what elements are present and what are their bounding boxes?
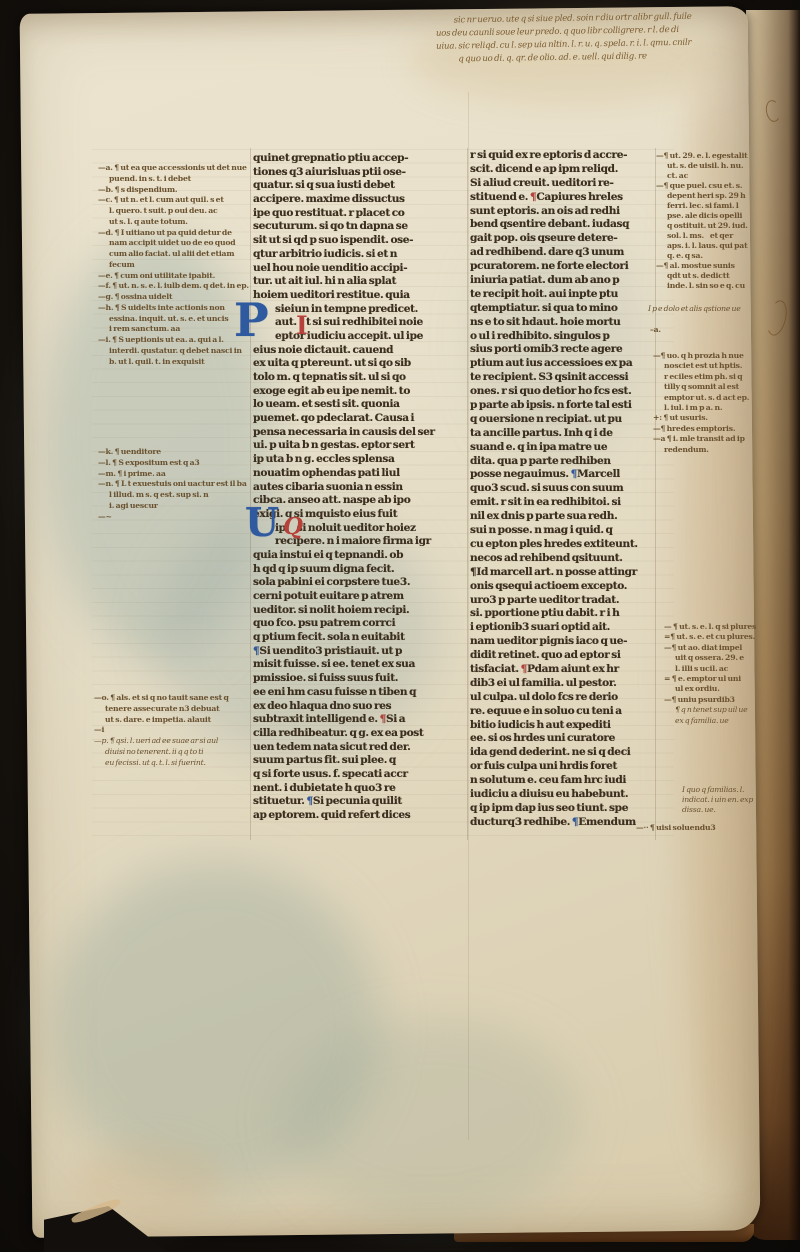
- gloss-line: —p. ¶ qsi. l. ueri ad ee suae ar si aul: [94, 736, 262, 747]
- text-line: sola pabini ei corpstere tue3.: [253, 576, 469, 590]
- gloss-line: —¶ ut ao. diat impel: [664, 643, 786, 653]
- left-margin-gloss-lower: —o. ¶ als. et si q no tauit sane est qte…: [94, 693, 262, 768]
- right-margin-footer-gloss: —·· ¶ uisi soluendu3: [636, 823, 776, 832]
- text-line: ad redhibend. dare q3 unum: [470, 246, 658, 260]
- gloss-line: eu fecissi. ut q. t. l. si fuerint.: [94, 758, 262, 769]
- text-line: pcuratorem. ne forte electori: [470, 260, 658, 274]
- adjacent-page-writing-mark: [764, 99, 782, 123]
- annotation-line: indicat. i uin en. exp: [682, 795, 790, 805]
- text-line: quo3 scud. si suus con suum: [470, 482, 658, 496]
- text-line: sieiun in tempne predicet.: [253, 303, 469, 317]
- left-margin-gloss-upper: —a. ¶ ut ea que accessionis ut det nuepu…: [98, 163, 260, 367]
- gloss-line: —a. ¶ ut ea que accessionis ut det nue: [98, 163, 260, 174]
- text-line: si. pportione ptiu dabit. r i h: [470, 607, 658, 621]
- gloss-line: pse. ale dicis opelli: [656, 211, 780, 221]
- gloss-line: — ¶ ut. s. e. l. q si plures: [664, 622, 786, 632]
- gloss-line: ul ex ordiu.: [664, 684, 786, 694]
- text-line: uel hou noie uenditio accipi-: [253, 262, 469, 276]
- text-line: onis qsequi actioem excepto.: [470, 580, 658, 594]
- text-line: iudiciu a diuisu eu habebunt.: [470, 788, 658, 802]
- text-line: autes cibaria suonia n essin: [253, 481, 469, 495]
- main-text-column-2: r si quid ex re eptoris d accre-scit. di…: [470, 149, 658, 830]
- text-line: pmissioe. si fuiss suus fuit.: [253, 672, 469, 686]
- right-margin-tie-mark: –a.: [650, 325, 680, 334]
- text-line: ap eptorem. quid refert dices: [253, 809, 469, 823]
- gloss-line: ut s. l. q aute totum.: [98, 217, 260, 228]
- annotation-line: I quo q familias. l.: [682, 785, 790, 795]
- gloss-line: —i: [94, 725, 262, 736]
- gloss-line: aps. i. l. laus. qui pat: [656, 241, 780, 251]
- text-line: secuturum. si qo tn dapna se: [253, 220, 469, 234]
- text-line: exoge egit ab eu ipe nemit. to: [253, 385, 469, 399]
- text-line: re. equue e in soluo cu teni a: [470, 705, 658, 719]
- gloss-line: r eciles etim ph. si q: [653, 372, 781, 382]
- text-line: i eptionib3 suari optid ait.: [470, 621, 658, 635]
- text-line: ns e to sit hdaut. hoie mortu: [470, 316, 658, 330]
- gloss-line: l. quero. t suit. p oui deu. ac: [98, 206, 260, 217]
- gloss-line: l. illi s ucil. ac: [664, 664, 786, 674]
- text-line: emit. r sit in ea redhibitoi. si: [470, 496, 658, 510]
- text-line: ui. p uita b n gestas. eptor sert: [253, 439, 469, 453]
- gloss-line: interdi. qustatur. q debet nasci in: [98, 346, 260, 357]
- text-line: dita. qua p parte redhiben: [470, 455, 658, 469]
- text-line: h qd q ip suum digna fecit.: [253, 563, 469, 577]
- gloss-line: =¶ ut. s. e. et cu plures.: [664, 632, 786, 642]
- gloss-line: —l. ¶ S expositum est q a3: [98, 458, 260, 469]
- gloss-line: puend. in s. t. i debet: [98, 174, 260, 185]
- gloss-line: —¶ que puel. csu et. s.: [656, 181, 780, 191]
- text-line: te recipit hoit. aui inpte ptu: [470, 288, 658, 302]
- text-line: dib3 ei ul familia. ul pestor.: [470, 677, 658, 691]
- text-line: r si quid ex re eptoris d accre-: [470, 149, 658, 163]
- text-line: sui n posse. n mag i quid. q: [470, 524, 658, 538]
- text-line: bend qsentire debant. iudasq: [470, 218, 658, 232]
- gloss-line: —b. ¶ s dispendium.: [98, 185, 260, 196]
- gloss-line: —¶ uniu psurdib3: [664, 695, 786, 705]
- gloss-line: diuisi no tenerent. ii q q to ti: [94, 747, 262, 758]
- gloss-line: —n. ¶ L t exuestuis oni uactur est il ba: [98, 479, 260, 490]
- text-line: n solutum e. ceu fam hrc iudi: [470, 774, 658, 788]
- gloss-line: q. e. q sa.: [656, 251, 780, 261]
- gloss-line: redendum.: [653, 445, 781, 455]
- text-line: tur. ut ait iul. hi n alia splat: [253, 275, 469, 289]
- text-line: sit ut si qd p suo ispendit. ose-: [253, 234, 469, 248]
- text-line: uro3 p parte ueditor tradat.: [470, 594, 658, 608]
- gloss-line: ferri. lec. si fami. l: [656, 201, 780, 211]
- text-line: tolo m. q tepnatis sit. ul si qo: [253, 371, 469, 385]
- gloss-line: inde. l. sin so e q. cu: [656, 281, 780, 291]
- text-line: ta ancille partus. Inh q i de: [470, 427, 658, 441]
- text-line: ida gend dederint. ne si q deci: [470, 746, 658, 760]
- gloss-line: essina. inquit. ut. s. e. et uncis: [98, 314, 260, 325]
- text-line: posse negauimus. ¶Marcell: [470, 468, 658, 482]
- left-margin-gloss-middle: —k. ¶ uenditore—l. ¶ S expositum est q a…: [98, 447, 260, 522]
- text-line: ee. si os hrdes uni curatore: [470, 732, 658, 746]
- text-line: ueditor. si nolit hoiem recipi.: [253, 604, 469, 618]
- text-line: q ptium fecit. sola n euitabit: [253, 631, 469, 645]
- text-line: q ip ipm dap ius seo tiunt. spe: [470, 802, 658, 816]
- gloss-line: ct. ac: [656, 171, 780, 181]
- text-line: scit. dicend e ap ipm reliqd.: [470, 163, 658, 177]
- text-line: sius porti omib3 recte agere: [470, 343, 658, 357]
- text-line: ptium aut ius accessioes ex pa: [470, 357, 658, 371]
- gloss-line: fecum: [98, 260, 260, 271]
- gloss-line: l. iul. i m p a. n.: [653, 403, 781, 413]
- gloss-line: ex q familia. ue: [664, 716, 786, 726]
- gloss-line: —c. ¶ ut n. et l. cum aut quil. s et: [98, 195, 260, 206]
- text-line: cilla redhibeatur. q g. ex ea post: [253, 727, 469, 741]
- stain: [280, 1018, 582, 1221]
- text-line: accipere. maxime dissuctus: [253, 193, 469, 207]
- gloss-line: ¶ q n tenet sup uil ue: [664, 705, 786, 715]
- gloss-line: —o. ¶ als. et si q no tauit sane est q: [94, 693, 262, 704]
- gloss-line: emptor ut. s. d act ep.: [653, 393, 781, 403]
- gloss-line: —d. ¶ I uitiano ut pa quid detur de: [98, 228, 260, 239]
- gloss-line: —¶ ut. 29. e. l. egestalit: [656, 151, 780, 161]
- gloss-line: sol. l. ms. et qer: [656, 231, 780, 241]
- text-line: quo fco. psu patrem corrci: [253, 617, 469, 631]
- text-line: suum partus fit. sui plee. q: [253, 754, 469, 768]
- gloss-line: —a ¶ i. mle transit ad ip: [653, 434, 781, 444]
- text-line: ipe quo restituat. r placet co: [253, 207, 469, 221]
- stain: [49, 860, 382, 1193]
- text-line: ¶Si uendito3 pristiauit. ut p: [253, 645, 469, 659]
- text-line: ones. r si quo detior ho fcs est.: [470, 385, 658, 399]
- text-line: ¶Id marcell art. n posse attingr: [470, 566, 658, 580]
- gloss-line: —i. ¶ S ueptionis ut ea. a. qui a l.: [98, 335, 260, 346]
- text-line: q si forte usus. f. specati accr: [253, 768, 469, 782]
- text-line: ducturq3 redhibe. ¶Emendum: [470, 816, 658, 830]
- text-line: eptor iudiciu accepit. ul ipe: [253, 330, 469, 344]
- gloss-line: —f. ¶ ut. n. s. e. l. iulb dem. q det. i…: [98, 281, 260, 292]
- text-line: quinet grepnatio ptiu accep-: [253, 152, 469, 166]
- right-margin-gloss-middle: —¶ uo. q h prozia h nuenosciet est ut hp…: [653, 351, 781, 455]
- text-line: cerni potuit euitare p atrem: [253, 590, 469, 604]
- text-line: cu epton ples hredes extiteunt.: [470, 538, 658, 552]
- gloss-line: cum alio faciat. ul alii det etiam: [98, 249, 260, 260]
- gloss-line: —g. ¶ ossina uidelt: [98, 292, 260, 303]
- text-line: misit fuisse. si ee. tenet ex sua: [253, 658, 469, 672]
- text-line: Si aliud creuit. ueditori re-: [470, 177, 658, 191]
- manuscript-photo: sic nr ueruo. ute q si siue pled. soin r…: [0, 0, 800, 1252]
- gloss-line: —¶ uo. q h prozia h nue: [653, 351, 781, 361]
- text-line: didit retinet. quo ad eptor si: [470, 649, 658, 663]
- text-line: ul culpa. ul dolo fcs re derio: [470, 691, 658, 705]
- gloss-line: —k. ¶ uenditore: [98, 447, 260, 458]
- gloss-line: i. agi uescur: [98, 501, 260, 512]
- text-line: uen tedem nata sicut red der.: [253, 741, 469, 755]
- text-line: puemet. qo pdeclarat. Causa i: [253, 412, 469, 426]
- text-line: sunt eptoris. an ois ad redhi: [470, 205, 658, 219]
- gloss-line: nam accipit uidet uo de eo quod: [98, 238, 260, 249]
- gloss-line: tenere assecurate n3 debuat: [94, 704, 262, 715]
- text-line: gait pop. ois qseure detere-: [470, 232, 658, 246]
- text-line: nam ueditor pignis iaco q ue-: [470, 635, 658, 649]
- text-line: nil ex dnis p parte sua redh.: [470, 510, 658, 524]
- text-line: tisfaciat. ¶Pdam aiunt ex hr: [470, 663, 658, 677]
- right-margin-cursive-note-bottom: I quo q familias. l.indicat. i uin en. e…: [682, 785, 790, 815]
- text-line: hoiem ueditori restitue. quia: [253, 289, 469, 303]
- text-line: tiones q3 aiurisluas ptii ose-: [253, 166, 469, 180]
- right-margin-cursive-note: I p e dolo et alis qstione ue: [648, 304, 788, 313]
- gloss-line: nosciet est ut hptis.: [653, 361, 781, 371]
- text-line: q ouersione n recipiat. ut pu: [470, 413, 658, 427]
- text-line: lo ueam. et sesti sit. quonia: [253, 398, 469, 412]
- gloss-line: = ¶ e. emptor ul uni: [664, 674, 786, 684]
- gloss-line: —¶ al. mostue sunis: [656, 261, 780, 271]
- text-line: or fuis culpa uni hrdis foret: [470, 760, 658, 774]
- text-line: cibca. anseo att. naspe ab ipo: [253, 494, 469, 508]
- text-line: necos ad rehibend qsituunt.: [470, 552, 658, 566]
- right-margin-gloss-upper: —¶ ut. 29. e. l. egestalitut. s. de uisi…: [656, 151, 780, 291]
- gloss-line: ut. s. de uisil. h. nu.: [656, 161, 780, 171]
- text-line: qtur arbitrio iudicis. si et n: [253, 248, 469, 262]
- text-line: nouatim ophendas pati liul: [253, 467, 469, 481]
- text-line: o ul i redhibito. singulos p: [470, 330, 658, 344]
- gloss-line: q ostituit. ut 29. iud.: [656, 221, 780, 231]
- gloss-line: —¶ hredes emptoris.: [653, 424, 781, 434]
- top-marginal-annotation: sic nr ueruo. ute q si siue pled. soin r…: [436, 9, 789, 66]
- gloss-line: —~: [98, 512, 260, 523]
- text-line: iniuria patiat. dum ab ano p: [470, 274, 658, 288]
- right-margin-gloss-lower: — ¶ ut. s. e. l. q si plures=¶ ut. s. e.…: [664, 622, 786, 726]
- text-line: quia instui ei q tepnandi. ob: [253, 549, 469, 563]
- text-line: eius noie dictauit. cauend: [253, 344, 469, 358]
- gloss-line: qdt ut s. dedictt: [656, 271, 780, 281]
- gloss-line: uit q ossera. 29. e: [664, 653, 786, 663]
- annotation-line: dissa. ue.: [682, 805, 790, 815]
- gloss-line: depent heri sp. 29 h: [656, 191, 780, 201]
- gloss-line: —e. ¶ cum oni utilitate ipabit.: [98, 271, 260, 282]
- text-line: stituetur. ¶Si pecunia quilit: [253, 795, 469, 809]
- gloss-line: —m. ¶ i prime. aa: [98, 469, 260, 480]
- text-line: p parte ab ipsis. n forte tal esti: [470, 399, 658, 413]
- rubric-initial-q: Q: [283, 515, 303, 538]
- text-line: ee eni hm casu fuisse n tiben q: [253, 686, 469, 700]
- text-line: bitio iudicis h aut expediti: [470, 719, 658, 733]
- gloss-line: ut s. dare. e impetia. alauit: [94, 715, 262, 726]
- text-line: quatur. si q sua iusti debet: [253, 179, 469, 193]
- text-line: ex deo hlaqua dno suo res: [253, 700, 469, 714]
- gloss-line: —h. ¶ S uidelts inte actionis non: [98, 303, 260, 314]
- text-line: ex uita q ptereunt. ut si qo sib: [253, 357, 469, 371]
- text-line: ip uta b n g. eccles splensa: [253, 453, 469, 467]
- text-line: pensa necessaria in causis del ser: [253, 426, 469, 440]
- gloss-line: l illud. m s. q est. sup si. n: [98, 490, 260, 501]
- text-line: subtraxit intelligend e. ¶Si a: [253, 713, 469, 727]
- text-line: qtemptiatur. si qua to mino: [470, 302, 658, 316]
- text-line: suand e. q in ipa matre ue: [470, 441, 658, 455]
- gloss-line: i rem sanctum. aa: [98, 324, 260, 335]
- rubric-initial-i: I: [296, 313, 308, 338]
- text-line: te recipient. S3 qsinit accessi: [470, 371, 658, 385]
- gloss-line: b. ut l. quil. t. in exquisit: [98, 357, 260, 368]
- main-text-column-1: quinet grepnatio ptiu accep-tiones q3 ai…: [253, 152, 469, 823]
- gloss-line: +: ¶ ut usuris.: [653, 413, 781, 423]
- text-line: aut. t si sui redhibitei noie: [253, 316, 469, 330]
- gloss-line: tilly q somnit al est: [653, 382, 781, 392]
- text-line: nent. i dubietate h quo3 re: [253, 782, 469, 796]
- text-line: stituend e. ¶Capiures hreles: [470, 191, 658, 205]
